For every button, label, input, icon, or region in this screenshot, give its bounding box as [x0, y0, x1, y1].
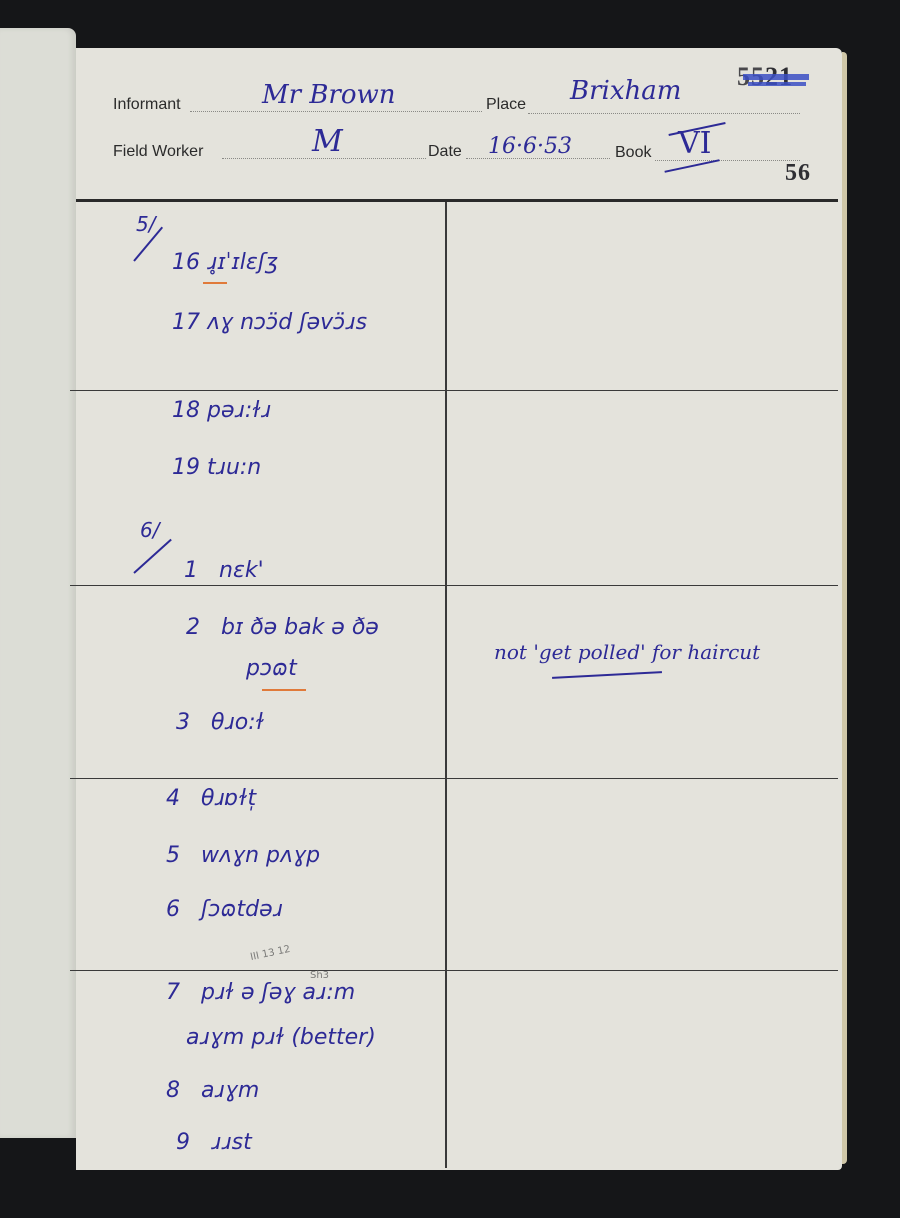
entry-18: 18 pəɹ:ɫɹ: [172, 398, 271, 423]
informant-value: Mr Brown: [262, 80, 396, 110]
entry-2-cont: pɔɷt: [246, 656, 297, 681]
orange-underline: [262, 689, 306, 691]
entry-17: 17 ʌɣ nɔɔ̈d ʃəvɔ̈ɹs: [172, 310, 367, 335]
entry-6: 6 ʃɔɷtdəɹ: [166, 897, 283, 922]
book-label: Book: [615, 144, 651, 162]
entry-5: 5 wʌɣn pʌɣp: [166, 843, 320, 868]
row-divider-3: [70, 778, 838, 779]
entry-16: 16 ɹ̥ɪˈɪlɛʃʒ: [172, 250, 278, 275]
row-divider-4: [70, 970, 838, 971]
entry-2: 2 bɪ ðə bak ə ðə: [186, 615, 379, 640]
header-divider: [76, 199, 838, 202]
entry-19: 19 tɹu:n: [172, 455, 261, 480]
strikethrough-mark: [743, 74, 809, 80]
previous-page-edge: [0, 28, 76, 1138]
strikethrough-mark-2: [748, 82, 806, 86]
entry-7-alt: aɹɣm pɹɫ (better): [186, 1025, 376, 1050]
date-label: Date: [428, 143, 462, 161]
column-divider: [445, 202, 447, 1168]
page-marker: 6/: [140, 518, 159, 542]
note-haircut: not 'get polled' for haircut: [494, 640, 760, 664]
date-value: 16·6·53: [488, 134, 572, 159]
place-line: [528, 113, 800, 114]
entry-6-1: 1 nɛk': [184, 558, 264, 583]
informant-line: [190, 111, 482, 112]
place-label: Place: [486, 96, 526, 114]
row-divider-2: [70, 585, 838, 586]
page-edge: [842, 52, 847, 1164]
entry-4: 4 θɹɒɫt̩: [166, 786, 256, 811]
entry-8: 8 aɹɣm: [166, 1078, 259, 1103]
entry-7: 7 pɹɫ ə ʃəɣ aɹ:m: [166, 980, 355, 1005]
row-divider-1: [70, 390, 838, 391]
orange-underline: [203, 282, 227, 284]
book-line: [655, 160, 800, 161]
page-marker: 5/: [136, 212, 155, 236]
page-number: 56: [785, 160, 811, 187]
informant-label: Informant: [113, 96, 181, 114]
place-value: Brixham: [570, 76, 681, 106]
entry-3: 3 θɹo:ɫ: [176, 710, 264, 735]
field-worker-label: Field Worker: [113, 143, 203, 161]
field-worker-value: M: [312, 124, 343, 159]
entry-9: 9 ɹɹst: [176, 1130, 252, 1155]
